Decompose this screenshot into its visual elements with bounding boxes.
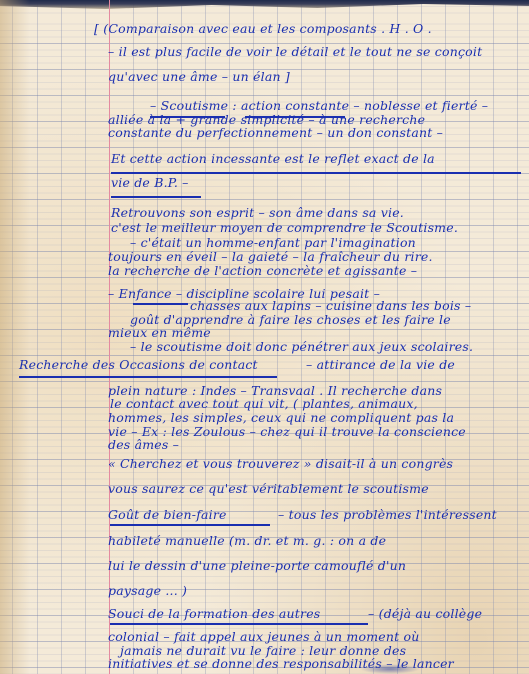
ink-underline [111,172,521,174]
handwritten-line: constante du perfectionnement – un don c… [108,125,443,140]
handwritten-line: habileté manuelle (m. dr. et m. g. : on … [108,533,386,548]
handwritten-line: qu'avec une âme – un élan ] [108,69,290,84]
handwritten-line: des âmes – [108,437,179,452]
handwritten-line: – le scoutisme doit donc pénétrer aux je… [130,339,473,354]
notebook-page: [ (Comparaison avec eau et les composant… [0,0,529,674]
handwritten-line: – Scoutisme : action constante – nobless… [150,98,488,113]
handwritten-line: Souci de la formation des autres [108,606,320,621]
handwritten-line: vous saurez ce qu'est véritablement le s… [108,481,429,496]
handwritten-line: – il est plus facile de voir le détail e… [108,44,482,59]
ink-underline [133,303,188,305]
ink-underline [19,376,277,378]
handwritten-line: – tous les problèmes l'intéressent [278,507,497,522]
handwritten-line: paysage ... ) [108,583,187,598]
ink-underline [110,623,368,625]
handwritten-line: mieux en même [108,325,211,340]
handwritten-line: lui le dessin d'une pleine-porte camoufl… [108,558,406,573]
handwritten-line: Et cette action incessante est le reflet… [111,151,435,166]
handwritten-line: hommes, les simples, ceux qui ne compliq… [108,410,454,425]
paper-stain [0,0,30,674]
handwritten-line: – c'était un homme-enfant par l'imaginat… [130,235,416,250]
handwritten-line: – attirance de la vie de [306,357,455,372]
handwritten-line: la recherche de l'action concrète et agi… [108,263,417,278]
handwritten-line: c'est le meilleur moyen de comprendre le… [111,220,458,235]
ink-underline [111,196,201,198]
handwritten-line: colonial – fait appel aux jeunes à un mo… [108,629,419,644]
handwritten-line: Retrouvons son esprit – son âme dans sa … [111,205,404,220]
ink-underline [245,116,345,118]
handwritten-line: Goût de bien-faire [108,507,227,522]
handwritten-line: vie de B.P. – [111,175,189,190]
handwritten-line: [ (Comparaison avec eau et les composant… [94,21,432,36]
handwritten-line: – (déjà au collège [368,606,482,621]
ink-underline [150,116,225,118]
ink-smudge [360,664,420,674]
handwritten-line: Recherche des Occasions de contact [19,357,258,372]
handwritten-line: le contact avec tout qui vit, ( plantes,… [110,396,418,411]
handwritten-line: chasses aux lapins – cuisine dans les bo… [190,298,471,313]
ink-underline [110,524,270,526]
handwritten-line: « Cherchez et vous trouverez » disait-il… [108,456,453,471]
page-top-edge [0,0,529,10]
handwritten-line: toujours en éveil – la gaieté – la fraîc… [108,249,433,264]
